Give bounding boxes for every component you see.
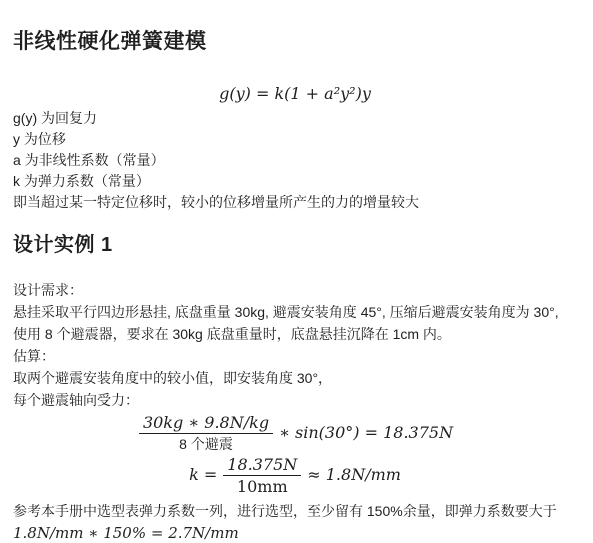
- paragraph-line: 设计需求：: [13, 279, 577, 301]
- paragraph-line: 估算：: [13, 345, 577, 367]
- definition-line: 即当超过某一特定位移时，较小的位移增量所产生的力的增量较大: [13, 192, 577, 213]
- spring-constant-formula: k = 18.375N 10mm ≈ 1.8N/mm: [13, 456, 577, 495]
- conclusion-block: 参考本手册中选型表弹力系数一列，进行选型，至少留有 150%余量，即弹力系数要大…: [13, 500, 577, 543]
- force-fraction: 30kg ∗ 9.8N/kg 8 个避震: [139, 414, 273, 453]
- page-title: 非线性硬化弹簧建模: [13, 30, 577, 54]
- k-formula-tail: ≈ 1.8N/mm: [307, 465, 401, 484]
- force-fraction-numerator: 30kg ∗ 9.8N/kg: [139, 414, 273, 434]
- definitions-block: g(y) 为回复力 y 为位移 a 为非线性系数（常量） k 为弹力系数（常量）…: [13, 108, 577, 213]
- k-fraction-denominator: 10mm: [223, 476, 301, 495]
- section-title: 设计实例 1: [13, 233, 577, 258]
- document-page: 非线性硬化弹簧建模 g(y) = k(1 + a²y²)y g(y) 为回复力 …: [0, 0, 593, 543]
- paragraph-line: 每个避震轴向受力：: [13, 389, 577, 411]
- definition-line: k 为弹力系数（常量）: [13, 171, 577, 192]
- force-fraction-denominator: 8 个避震: [139, 434, 273, 453]
- conclusion-line: 参考本手册中选型表弹力系数一列，进行选型，至少留有 150%余量，即弹力系数要大…: [13, 500, 577, 522]
- k-formula-lead: k =: [189, 465, 217, 484]
- main-formula: g(y) = k(1 + a²y²)y: [13, 83, 577, 105]
- design-paragraph: 设计需求： 悬挂采取平行四边形悬挂, 底盘重量 30kg, 避震安装角度 45°…: [13, 279, 577, 411]
- k-fraction-numerator: 18.375N: [223, 456, 301, 476]
- result-formula: 1.8N/mm ∗ 150% = 2.7N/mm: [13, 522, 577, 543]
- paragraph-line: 悬挂采取平行四边形悬挂, 底盘重量 30kg, 避震安装角度 45°, 压缩后避…: [13, 301, 577, 323]
- force-formula: 30kg ∗ 9.8N/kg 8 个避震 ∗ sin(30°) = 18.375…: [13, 414, 577, 453]
- definition-line: a 为非线性系数（常量）: [13, 150, 577, 171]
- definition-line: g(y) 为回复力: [13, 108, 577, 129]
- force-formula-tail: ∗ sin(30°) = 18.375N: [279, 423, 453, 442]
- k-fraction: 18.375N 10mm: [223, 456, 301, 495]
- paragraph-line: 取两个避震安装角度中的较小值，即安装角度 30°，: [13, 367, 577, 389]
- definition-line: y 为位移: [13, 129, 577, 150]
- paragraph-line: 使用 8 个避震器，要求在 30kg 底盘重量时，底盘悬挂沉降在 1cm 内。: [13, 323, 577, 345]
